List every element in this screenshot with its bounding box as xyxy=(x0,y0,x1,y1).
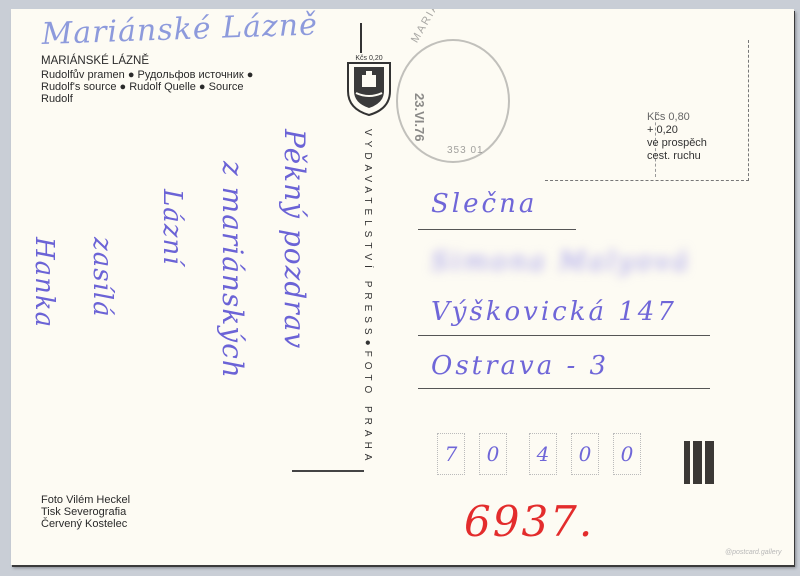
caption-line: Rudolfův pramen ● Рудольфов источник ● xyxy=(41,69,253,81)
message-line: Lázní xyxy=(157,189,187,266)
stamp-note: ve prospěch xyxy=(647,137,707,150)
caption-line: Rudolf's source ● Rudolf Quelle ● Source xyxy=(41,81,244,93)
address-salutation: Slečna xyxy=(431,189,537,219)
stamp-note: cest. ruchu xyxy=(647,150,707,163)
credit-location: Červený Kostelec xyxy=(41,518,130,530)
postmark-code: 353 01 xyxy=(447,145,484,156)
postal-code-digit: 0 xyxy=(613,433,641,475)
message-line: Hanka xyxy=(29,237,59,328)
postal-code-digit: 0 xyxy=(479,433,507,475)
address-name: Simona Malyová xyxy=(431,247,691,277)
postmark-date: 23.VI.76 xyxy=(412,93,427,141)
divider-underline xyxy=(292,470,364,472)
publisher-vertical: VYDAVATELSTVÍ PRESS●FOTO PRAHA xyxy=(362,129,373,465)
postal-code-digit: 4 xyxy=(529,433,557,475)
caption-title: MARIÁNSKÉ LÁZNĚ xyxy=(41,55,149,67)
message-line: z mariánských xyxy=(216,161,249,379)
handwritten-heading: Mariánské Lázně xyxy=(41,9,318,52)
divider-line xyxy=(360,23,362,53)
message-line: zasílá xyxy=(87,237,117,318)
emblem-icon: Kčs 0,20 xyxy=(342,51,396,119)
stamp-price: Kčs 0,80 xyxy=(647,111,707,124)
address-street: Výškovická 147 xyxy=(431,297,677,327)
postal-code-digit: 0 xyxy=(571,433,599,475)
address-rule xyxy=(418,229,576,230)
address-rule xyxy=(418,388,710,389)
postal-code-boxes: 7 0 4 0 0 xyxy=(437,433,641,475)
postal-code-digit: 7 xyxy=(437,433,465,475)
address-rule xyxy=(418,335,710,336)
watermark: @postcard.gallery xyxy=(725,549,782,556)
stamp-text: Kčs 0,80 + 0,20 ve prospěch cest. ruchu xyxy=(647,111,707,163)
postcard-back: Mariánské Lázně MARIÁNSKÉ LÁZNĚ Rudolfův… xyxy=(11,9,794,565)
credits: Foto Vilém Heckel Tisk Severografia Červ… xyxy=(41,494,130,530)
credit-print: Tisk Severografia xyxy=(41,506,130,518)
sorting-bars-icon xyxy=(684,441,714,484)
credit-photo: Foto Vilém Heckel xyxy=(41,494,130,506)
catalog-number: 6937. xyxy=(464,497,594,546)
message-line: Pěkný pozdrav xyxy=(278,129,311,349)
svg-text:Kčs 0,20: Kčs 0,20 xyxy=(355,55,382,62)
address-city: Ostrava - 3 xyxy=(431,351,609,381)
caption-line: Rudolf xyxy=(41,93,73,105)
stamp-surcharge: + 0,20 xyxy=(647,124,707,137)
